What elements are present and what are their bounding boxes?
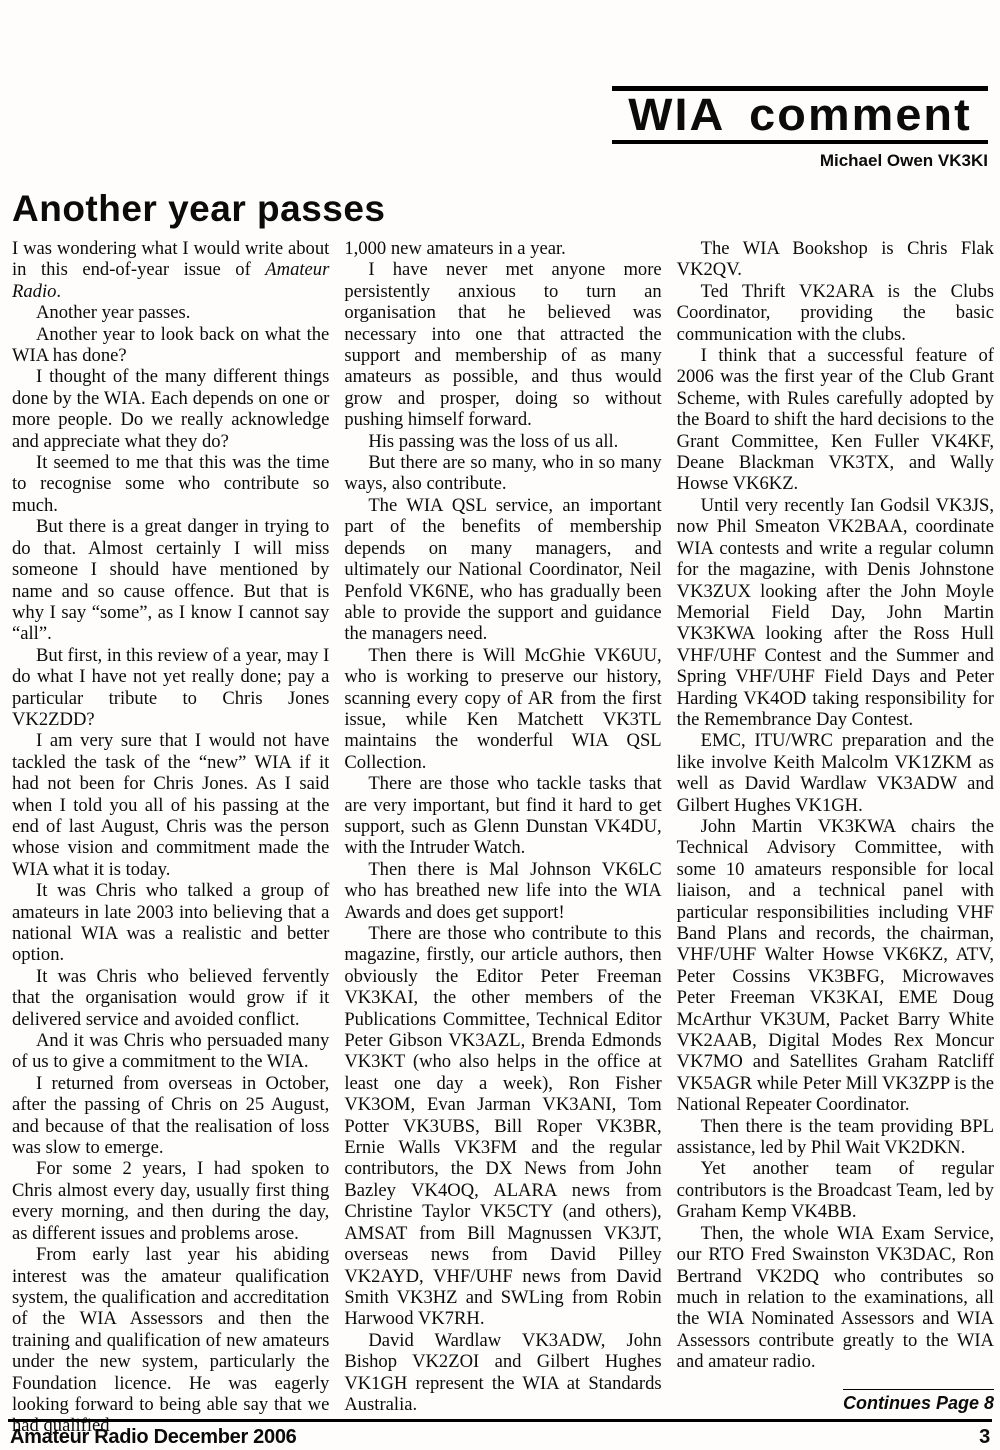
- paragraph: There are those who contribute to this m…: [344, 923, 661, 1330]
- body-text: Another year passes.: [36, 302, 190, 323]
- magazine-page: WIA comment Michael Owen VK3KI Another y…: [0, 0, 1000, 1450]
- paragraph: And it was Chris who persuaded many of u…: [12, 1030, 329, 1073]
- article-body: I was wondering what I would write about…: [12, 238, 994, 1437]
- page-footer: Amateur Radio December 2006 3: [10, 1426, 990, 1449]
- paragraph: Then there is the team providing BPL ass…: [677, 1116, 994, 1159]
- article-title: Another year passes: [12, 188, 386, 230]
- paragraph: But first, in this review of a year, may…: [12, 645, 329, 731]
- body-text: Until very recently Ian Godsil VK3JS, no…: [677, 495, 994, 730]
- paragraph: David Wardlaw VK3ADW, John Bishop VK2ZOI…: [344, 1330, 661, 1416]
- body-text: Then there is the team providing BPL ass…: [677, 1116, 994, 1158]
- paragraph: I was wondering what I would write about…: [12, 238, 329, 302]
- body-text: Yet another team of regular contributors…: [677, 1158, 994, 1222]
- column-1: I was wondering what I would write about…: [12, 238, 329, 1437]
- paragraph: EMC, ITU/WRC preparation and the like in…: [677, 730, 994, 816]
- paragraph: But there are so many, who in so many wa…: [344, 452, 661, 495]
- body-text: The WIA Bookshop is Chris Flak VK2QV.: [677, 238, 994, 280]
- body-text: The WIA QSL service, an important part o…: [344, 495, 661, 644]
- paragraph: Until very recently Ian Godsil VK3JS, no…: [677, 495, 994, 730]
- page-number: 3: [979, 1426, 990, 1449]
- paragraph: I returned from overseas in October, aft…: [12, 1073, 329, 1159]
- body-text: But there is a great danger in trying to…: [12, 516, 329, 644]
- footer-rule: [8, 1419, 992, 1422]
- body-text: 1,000 new amateurs in a year.: [344, 238, 566, 259]
- paragraph: For some 2 years, I had spoken to Chris …: [12, 1158, 329, 1244]
- paragraph: But there is a great danger in trying to…: [12, 516, 329, 644]
- body-text: But first, in this review of a year, may…: [12, 645, 329, 730]
- body-text: And it was Chris who persuaded many of u…: [12, 1030, 329, 1072]
- body-text: But there are so many, who in so many wa…: [344, 452, 661, 494]
- paragraph: I am very sure that I would not have tac…: [12, 730, 329, 880]
- body-text: It was Chris who talked a group of amate…: [12, 880, 329, 965]
- body-text: There are those who contribute to this m…: [344, 923, 661, 1329]
- section-title: WIA comment: [604, 91, 995, 140]
- paragraph: It was Chris who believed fervently that…: [12, 966, 329, 1030]
- body-text: EMC, ITU/WRC preparation and the like in…: [677, 730, 994, 815]
- continues-note: Continues Page 8: [677, 1389, 994, 1414]
- body-text: Then there is Mal Johnson VK6LC who has …: [344, 859, 661, 923]
- paragraph: John Martin VK3KWA chairs the Technical …: [677, 816, 994, 1116]
- body-text: John Martin VK3KWA chairs the Technical …: [677, 816, 994, 1115]
- body-text: I thought of the many different things d…: [12, 366, 329, 451]
- body-text: His passing was the loss of us all.: [368, 431, 618, 452]
- body-text: Then, the whole WIA Exam Service, our RT…: [677, 1223, 994, 1372]
- paragraph: I think that a successful feature of 200…: [677, 345, 994, 495]
- paragraph: It seemed to me that this was the time t…: [12, 452, 329, 516]
- body-text: David Wardlaw VK3ADW, John Bishop VK2ZOI…: [344, 1330, 661, 1415]
- paragraph: Ted Thrift VK2ARA is the Clubs Coordinat…: [677, 281, 994, 345]
- journal-title: Amateur Radio December 2006: [10, 1426, 296, 1449]
- paragraph: His passing was the loss of us all.: [344, 431, 661, 452]
- body-text: I think that a successful feature of 200…: [677, 345, 994, 494]
- body-text: I returned from overseas in October, aft…: [12, 1073, 329, 1158]
- paragraph: It was Chris who talked a group of amate…: [12, 880, 329, 966]
- masthead: WIA comment Michael Owen VK3KI: [612, 86, 988, 171]
- body-text: I have never met anyone more persistentl…: [344, 259, 661, 430]
- paragraph: Another year to look back on what the WI…: [12, 324, 329, 367]
- column-3: The WIA Bookshop is Chris Flak VK2QV.Ted…: [677, 238, 994, 1437]
- body-text: For some 2 years, I had spoken to Chris …: [12, 1158, 329, 1243]
- paragraph: 1,000 new amateurs in a year.: [344, 238, 661, 259]
- paragraph: Another year passes.: [12, 302, 329, 323]
- paragraph: Then, the whole WIA Exam Service, our RT…: [677, 1223, 994, 1373]
- paragraph: The WIA Bookshop is Chris Flak VK2QV.: [677, 238, 994, 281]
- body-text: There are those who tackle tasks that ar…: [344, 773, 661, 858]
- body-text: Ted Thrift VK2ARA is the Clubs Coordinat…: [677, 281, 994, 345]
- column-2: 1,000 new amateurs in a year.I have neve…: [344, 238, 661, 1437]
- paragraph: There are those who tackle tasks that ar…: [344, 773, 661, 859]
- body-text: I am very sure that I would not have tac…: [12, 730, 329, 879]
- body-text: .: [56, 281, 61, 302]
- paragraph: I thought of the many different things d…: [12, 366, 329, 452]
- masthead-rule-bottom: [612, 140, 988, 144]
- body-text: It was Chris who believed fervently that…: [12, 966, 329, 1030]
- body-text: Then there is Will McGhie VK6UU, who is …: [344, 645, 661, 773]
- paragraph: Then there is Will McGhie VK6UU, who is …: [344, 645, 661, 773]
- continues-note-text: Continues Page 8: [843, 1389, 994, 1414]
- paragraph: Yet another team of regular contributors…: [677, 1158, 994, 1222]
- paragraph: The WIA QSL service, an important part o…: [344, 495, 661, 645]
- body-text: It seemed to me that this was the time t…: [12, 452, 329, 516]
- body-text: From early last year his abiding interes…: [12, 1244, 329, 1436]
- body-text: Another year to look back on what the WI…: [12, 324, 329, 366]
- paragraph: I have never met anyone more persistentl…: [344, 259, 661, 430]
- paragraph: From early last year his abiding interes…: [12, 1244, 329, 1437]
- author-byline: Michael Owen VK3KI: [612, 151, 988, 171]
- paragraph: Then there is Mal Johnson VK6LC who has …: [344, 859, 661, 923]
